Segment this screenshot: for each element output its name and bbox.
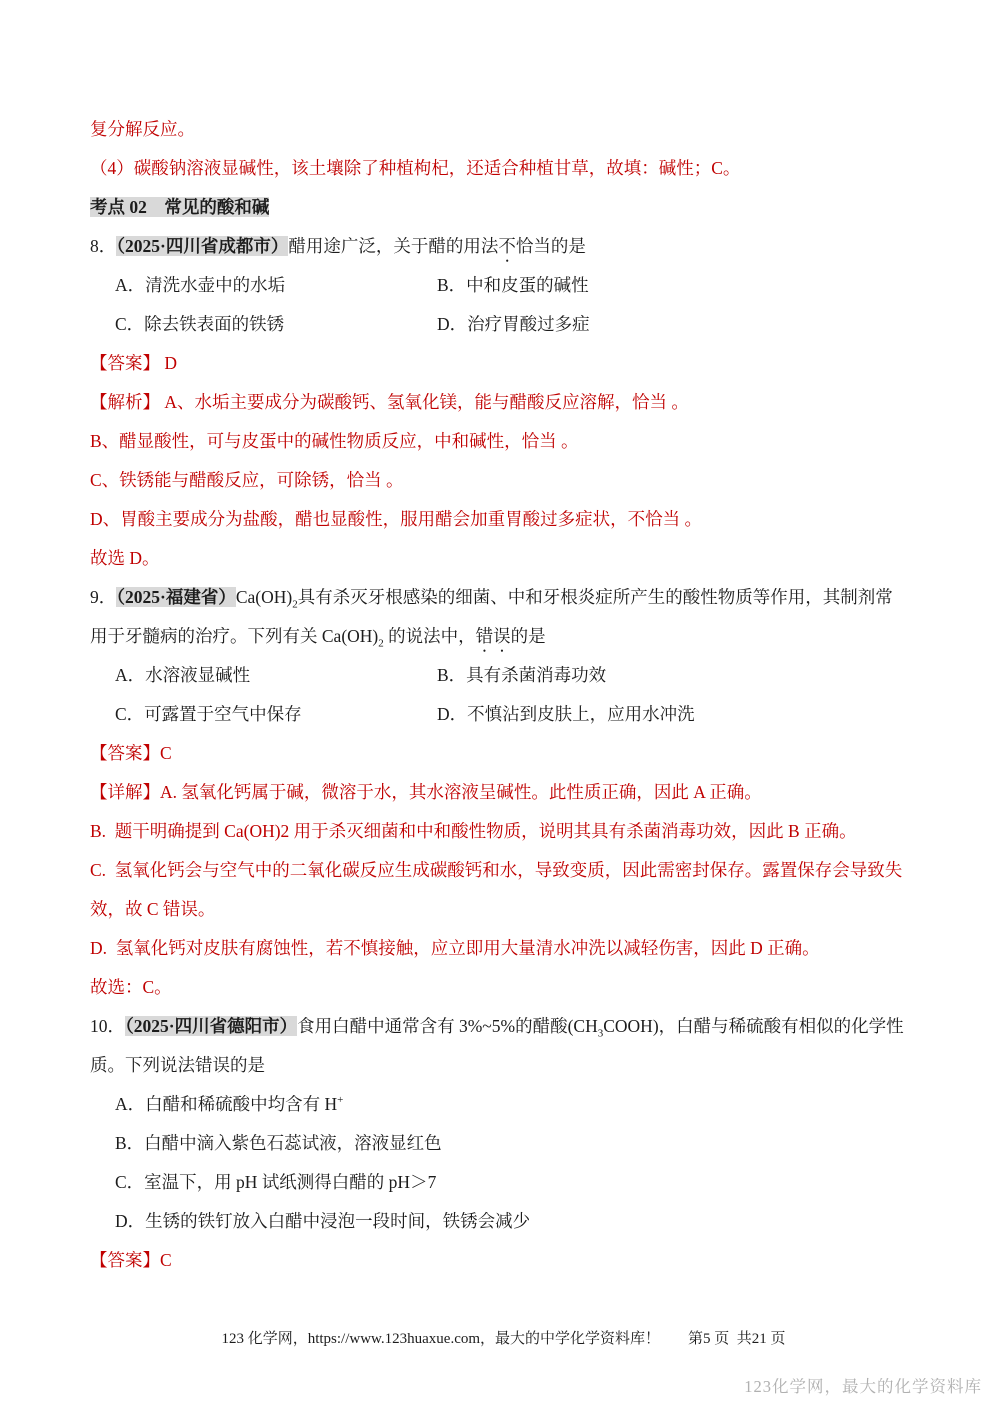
text-segment: 故选 D。 bbox=[90, 548, 160, 568]
question-9-stem-line2: 用于牙髓病的治疗。下列有关 Ca(OH)2 的说法中，错误的是 bbox=[90, 617, 905, 656]
q9-detail-d: D. 氢氧化钙对皮肤有腐蚀性，若不慎接触，应立即用大量清水冲洗以减轻伤害，因此 … bbox=[90, 929, 905, 968]
highlighted-source-tag: 考点 02 常见的酸和碱 bbox=[90, 197, 269, 217]
highlighted-source-tag: （2025·四川省成都市） bbox=[116, 236, 288, 256]
option-text: A．清洗水壶中的水垢 bbox=[115, 266, 437, 305]
q8-analysis-a: 【解析】 A、水垢主要成分为碳酸钙、氢氧化镁，能与醋酸反应溶解，恰当 。 bbox=[90, 383, 905, 422]
question-9-stem-line1: 9．（2025·福建省）Ca(OH)2具有杀灭牙根感染的细菌、中和牙根炎症所产生… bbox=[90, 578, 905, 617]
option-text: D．不慎沾到皮肤上，应用水冲洗 bbox=[437, 695, 695, 734]
q9-detail-c1: C. 氢氧化钙会与空气中的二氧化碳反应生成碳酸钙和水，导致变质，因此需密封保存。… bbox=[90, 851, 905, 890]
q8-options-ab: A．清洗水壶中的水垢B．中和皮蛋的碱性 bbox=[90, 266, 905, 305]
q8-analysis-b: B、醋显酸性，可与皮蛋中的碱性物质反应，中和碱性，恰当 。 bbox=[90, 422, 905, 461]
q8-conclusion: 故选 D。 bbox=[90, 539, 905, 578]
text-segment: 故选：C。 bbox=[90, 977, 172, 997]
text-segment: 的是 bbox=[511, 626, 546, 646]
text-segment: B. 题干明确提到 Ca(OH)2 用于杀灭细菌和中和酸性物质，说明其具有杀菌消… bbox=[90, 821, 857, 841]
q9-options-ab: A．水溶液显碱性B．具有杀菌消毒功效 bbox=[90, 656, 905, 695]
text-segment: 食用白醋中通常含有 3%~5%的醋酸(CH bbox=[297, 1016, 598, 1036]
text-segment: COOH)，白醋与稀硫酸有相似的化学性 bbox=[603, 1016, 903, 1036]
document-body: 复分解反应。（4）碳酸钠溶液显碱性，该土壤除了种植枸杞，还适合种植甘草，故填：碱… bbox=[0, 0, 992, 1280]
text-segment: 质。下列说法错误的是 bbox=[90, 1055, 265, 1075]
text-segment: 8． bbox=[90, 236, 116, 256]
text-segment: 醋用途广泛，关于醋的用法 bbox=[288, 236, 498, 256]
q10-option-b: B．白醋中滴入紫色石蕊试液，溶液显红色 bbox=[90, 1124, 905, 1163]
text-segment: A．白醋和稀硫酸中均含有 H bbox=[115, 1094, 337, 1114]
text-segment: 10． bbox=[90, 1016, 125, 1036]
q10-option-a: A．白醋和稀硫酸中均含有 H+ bbox=[90, 1085, 905, 1124]
q7-solution-tail: 复分解反应。 bbox=[90, 110, 905, 149]
highlighted-source-tag: （2025·四川省德阳市） bbox=[125, 1016, 297, 1036]
q9-detail-b: B. 题干明确提到 Ca(OH)2 用于杀灭细菌和中和酸性物质，说明其具有杀菌消… bbox=[90, 812, 905, 851]
section-heading: 考点 02 常见的酸和碱 bbox=[90, 188, 905, 227]
question-10-stem-line2: 质。下列说法错误的是 bbox=[90, 1046, 905, 1085]
text-segment: 的说法中， bbox=[384, 626, 476, 646]
text-segment: 错误 bbox=[476, 626, 511, 646]
text-segment: D. 氢氧化钙对皮肤有腐蚀性，若不慎接触，应立即用大量清水冲洗以减轻伤害，因此 … bbox=[90, 938, 820, 958]
text-segment: + bbox=[337, 1094, 343, 1106]
q10-option-d: D．生锈的铁钉放入白醋中浸泡一段时间，铁锈会减少 bbox=[90, 1202, 905, 1241]
text-segment: B、醋显酸性，可与皮蛋中的碱性物质反应，中和碱性，恰当 。 bbox=[90, 431, 579, 451]
text-segment: B．白醋中滴入紫色石蕊试液，溶液显红色 bbox=[115, 1133, 442, 1153]
text-segment: 具有杀灭牙根感染的细菌、中和牙根炎症所产生的酸性物质等作用，其制剂常 bbox=[298, 587, 893, 607]
site-watermark: 123化学网，最大的化学资料库 bbox=[744, 1373, 982, 1397]
document-page: 复分解反应。（4）碳酸钠溶液显碱性，该土壤除了种植枸杞，还适合种植甘草，故填：碱… bbox=[0, 0, 992, 1403]
option-text: C．除去铁表面的铁锈 bbox=[115, 305, 437, 344]
option-text: D．治疗胃酸过多症 bbox=[437, 305, 590, 344]
q9-detail-c2: 效，故 C 错误。 bbox=[90, 890, 905, 929]
footer-site-text: 123 化学网，https://www.123huaxue.com，最大的中学化… bbox=[221, 1331, 660, 1347]
text-segment: （4）碳酸钠溶液显碱性，该土壤除了种植枸杞，还适合种植甘草，故填：碱性；C。 bbox=[90, 158, 740, 178]
q8-analysis-c: C、铁锈能与醋酸反应，可除锈，恰当 。 bbox=[90, 461, 905, 500]
text-segment: 不 bbox=[498, 236, 516, 256]
q8-options-cd: C．除去铁表面的铁锈D．治疗胃酸过多症 bbox=[90, 305, 905, 344]
text-segment: C、铁锈能与醋酸反应，可除锈，恰当 。 bbox=[90, 470, 404, 490]
text-segment: 【详解】A. 氢氧化钙属于碱，微溶于水，其水溶液呈碱性。此性质正确，因此 A 正… bbox=[90, 782, 762, 802]
text-segment: 效，故 C 错误。 bbox=[90, 899, 215, 919]
q7-solution-part4: （4）碳酸钠溶液显碱性，该土壤除了种植枸杞，还适合种植甘草，故填：碱性；C。 bbox=[90, 149, 905, 188]
text-segment: 9． bbox=[90, 587, 116, 607]
text-segment: 用于牙髓病的治疗。下列有关 Ca(OH) bbox=[90, 626, 378, 646]
q8-analysis-d: D、胃酸主要成分为盐酸，醋也显酸性，服用醋会加重胃酸过多症状，不恰当 。 bbox=[90, 500, 905, 539]
text-segment: C．室温下，用 pH 试纸测得白醋的 pH＞7 bbox=[115, 1172, 436, 1192]
text-segment: D、胃酸主要成分为盐酸，醋也显酸性，服用醋会加重胃酸过多症状，不恰当 。 bbox=[90, 509, 702, 529]
text-segment: 恰当的是 bbox=[516, 236, 586, 256]
q10-option-c: C．室温下，用 pH 试纸测得白醋的 pH＞7 bbox=[90, 1163, 905, 1202]
option-text: B．中和皮蛋的碱性 bbox=[437, 266, 589, 305]
question-10-stem-line1: 10．（2025·四川省德阳市）食用白醋中通常含有 3%~5%的醋酸(CH3CO… bbox=[90, 1007, 905, 1046]
text-segment: 【解析】 A、水垢主要成分为碳酸钙、氢氧化镁，能与醋酸反应溶解，恰当 。 bbox=[90, 392, 689, 412]
option-text: A．水溶液显碱性 bbox=[115, 656, 437, 695]
q10-answer: 【答案】C bbox=[90, 1241, 905, 1280]
text-segment: 复分解反应。 bbox=[90, 119, 195, 139]
q8-answer: 【答案】 D bbox=[90, 344, 905, 383]
q9-options-cd: C．可露置于空气中保存D．不慎沾到皮肤上，应用水冲洗 bbox=[90, 695, 905, 734]
footer-page-number: 第5 页 共21 页 bbox=[688, 1331, 786, 1347]
text-segment: D．生锈的铁钉放入白醋中浸泡一段时间，铁锈会减少 bbox=[115, 1211, 530, 1231]
highlighted-source-tag: （2025·福建省） bbox=[116, 587, 236, 607]
text-segment: Ca(OH) bbox=[236, 587, 292, 607]
option-text: B．具有杀菌消毒功效 bbox=[437, 656, 606, 695]
text-segment: 【答案】 D bbox=[90, 353, 177, 373]
text-segment: 【答案】C bbox=[90, 1250, 172, 1270]
q9-conclusion: 故选：C。 bbox=[90, 968, 905, 1007]
option-text: C．可露置于空气中保存 bbox=[115, 695, 437, 734]
text-segment: C. 氢氧化钙会与空气中的二氧化碳反应生成碳酸钙和水，导致变质，因此需密封保存。… bbox=[90, 860, 902, 880]
text-segment: 【答案】C bbox=[90, 743, 172, 763]
question-8-stem: 8．（2025·四川省成都市）醋用途广泛，关于醋的用法不恰当的是 bbox=[90, 227, 905, 266]
q9-detail-a: 【详解】A. 氢氧化钙属于碱，微溶于水，其水溶液呈碱性。此性质正确，因此 A 正… bbox=[90, 773, 905, 812]
q9-answer: 【答案】C bbox=[90, 734, 905, 773]
